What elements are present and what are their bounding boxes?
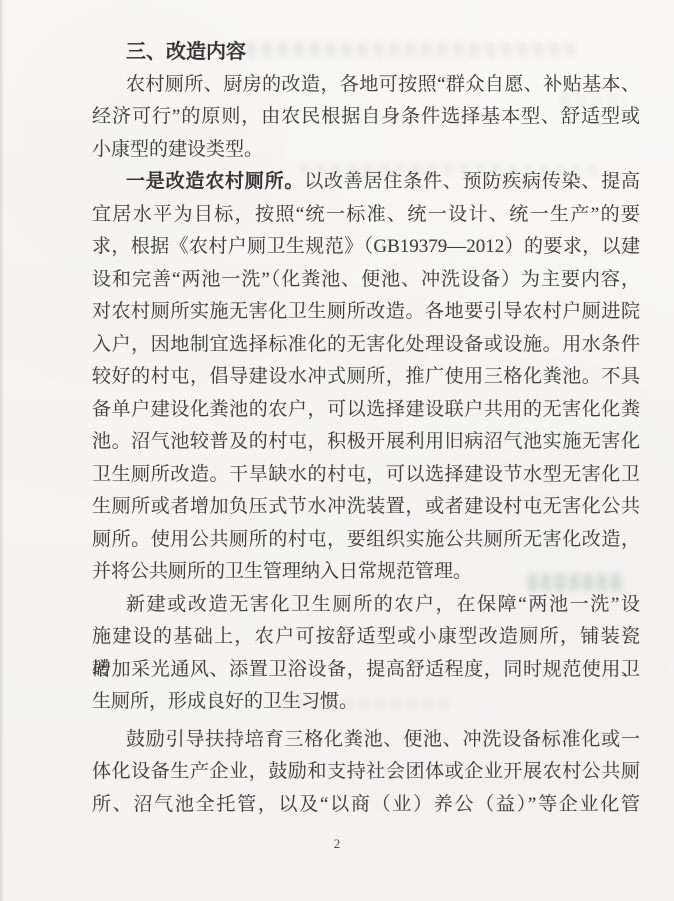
text-line: 新建或改造无害化卫生厕所的农户，在保障“两池一洗”设 [92, 589, 640, 622]
text-line: 厕所。使用公共厕所的村屯，要组织实施公共厕所无害化改造， [92, 524, 640, 557]
text-line: 农村厕所、厨房的改造，各地可按照“群众自愿、补贴基本、 [92, 69, 640, 102]
text-run: 厕所。使用公共厕所的村屯，要组织实施公共厕所无害化改造， [92, 529, 640, 550]
text-run: 对农村厕所实施无害化卫生厕所改造。各地要引导农村户厕进院 [92, 301, 640, 322]
text-line: 对农村厕所实施无害化卫生厕所改造。各地要引导农村户厕进院 [92, 296, 640, 329]
text-line: 一是改造农村厕所。以改善居住条件、预防疾病传染、提高 [92, 166, 640, 199]
text-run: 池。沼气池较普及的村屯，积极开展利用旧病沼气池实施无害化 [92, 431, 640, 452]
text-line: 生厕所，形成良好的卫生习惯。 [92, 686, 640, 719]
text-run: 设和完善“两池一洗”（化粪池、便池、冲洗设备）为主要内容， [92, 269, 640, 290]
text-run: 以改善居住条件、预防疾病传染、提高 [304, 171, 640, 192]
text-line: 并将公共厕所的卫生管理纳入日常规范管理。 [92, 556, 640, 589]
text-line: 经济可行”的原则，由农民根据自身条件选择基本型、舒适型或 [92, 101, 640, 134]
text-run: 体化设备生产企业，鼓励和支持社会团体或企业开展农村公共厕 [92, 761, 640, 782]
text-line: 宜居水平为目标，按照“统一标准、统一设计、统一生产”的要 [92, 199, 640, 232]
text-line: 鼓励引导扶持培育三格化粪池、便池、冲洗设备标准化或一 [92, 724, 640, 757]
document-body: 三、改造内容农村厕所、厨房的改造，各地可按照“群众自愿、补贴基本、经济可行”的原… [92, 36, 640, 821]
text-line: 池。沼气池较普及的村屯，积极开展利用旧病沼气池实施无害化 [92, 426, 640, 459]
text-line: 生厕所或者增加负压式节水冲洗装置，或者建设村屯无害化公共 [92, 491, 640, 524]
text-run: 备单户建设化粪池的农户，可以选择建设联户共用的无害化化粪 [92, 399, 640, 420]
scan-edge-shadow [0, 0, 4, 901]
text-run: 所、沼气池全托管，以及“以商（业）养公（益）”等企业化管 [92, 794, 640, 815]
text-line: 体化设备生产企业，鼓励和支持社会团体或企业开展农村公共厕 [92, 756, 640, 789]
scanned-document-page: 三、改造内容农村厕所、厨房的改造，各地可按照“群众自愿、补贴基本、经济可行”的原… [0, 0, 674, 901]
text-run: 并将公共厕所的卫生管理纳入日常规范管理。 [92, 561, 472, 582]
text-run: 卫生厕所改造。干旱缺水的村屯，可以选择建设节水型无害化卫 [92, 464, 640, 485]
text-run: 经济可行”的原则，由农民根据自身条件选择基本型、舒适型或 [92, 106, 640, 127]
text-run: 增加采光通风、添置卫浴设备，提高舒适程度，同时规范使用卫 [92, 659, 640, 680]
text-line: 较好的村屯，倡导建设水冲式厕所，推广使用三格化粪池。不具 [92, 361, 640, 394]
text-run: 生厕所，形成良好的卫生习惯。 [92, 691, 358, 712]
text-run: 求，根据《农村户厕卫生规范》（GB19379—2012）的要求，以建 [92, 236, 640, 257]
text-line: 求，根据《农村户厕卫生规范》（GB19379—2012）的要求，以建 [92, 231, 640, 264]
text-line: 设和完善“两池一洗”（化粪池、便池、冲洗设备）为主要内容， [92, 264, 640, 297]
text-line: 备单户建设化粪池的农户，可以选择建设联户共用的无害化化粪 [92, 394, 640, 427]
text-run: 新建或改造无害化卫生厕所的农户，在保障“两池一洗”设 [126, 594, 640, 615]
bold-run: 三、改造内容 [126, 41, 246, 63]
text-run: 生厕所或者增加负压式节水冲洗装置，或者建设村屯无害化公共 [92, 496, 640, 517]
text-line: 施建设的基础上，农户可按舒适型或小康型改造厕所，铺装瓷砖、 [92, 621, 640, 654]
text-line: 增加采光通风、添置卫浴设备，提高舒适程度，同时规范使用卫 [92, 654, 640, 687]
text-run: 较好的村屯，倡导建设水冲式厕所，推广使用三格化粪池。不具 [92, 366, 640, 387]
page-number: 2 [0, 836, 674, 852]
text-run: 农村厕所、厨房的改造，各地可按照“群众自愿、补贴基本、 [126, 74, 640, 95]
text-line: 入户，因地制宜选择标准化的无害化处理设备或设施。用水条件 [92, 329, 640, 362]
bold-run: 一是改造农村厕所。 [126, 171, 304, 192]
text-line: 小康型的建设类型。 [92, 134, 640, 167]
text-line: 所、沼气池全托管，以及“以商（业）养公（益）”等企业化管 [92, 789, 640, 822]
text-line: 卫生厕所改造。干旱缺水的村屯，可以选择建设节水型无害化卫 [92, 459, 640, 492]
text-run: 鼓励引导扶持培育三格化粪池、便池、冲洗设备标准化或一 [126, 729, 640, 750]
text-run: 小康型的建设类型。 [92, 139, 263, 160]
text-run: 入户，因地制宜选择标准化的无害化处理设备或设施。用水条件 [92, 334, 640, 355]
section-heading: 三、改造内容 [92, 36, 640, 69]
text-run: 宜居水平为目标，按照“统一标准、统一设计、统一生产”的要 [92, 204, 640, 225]
